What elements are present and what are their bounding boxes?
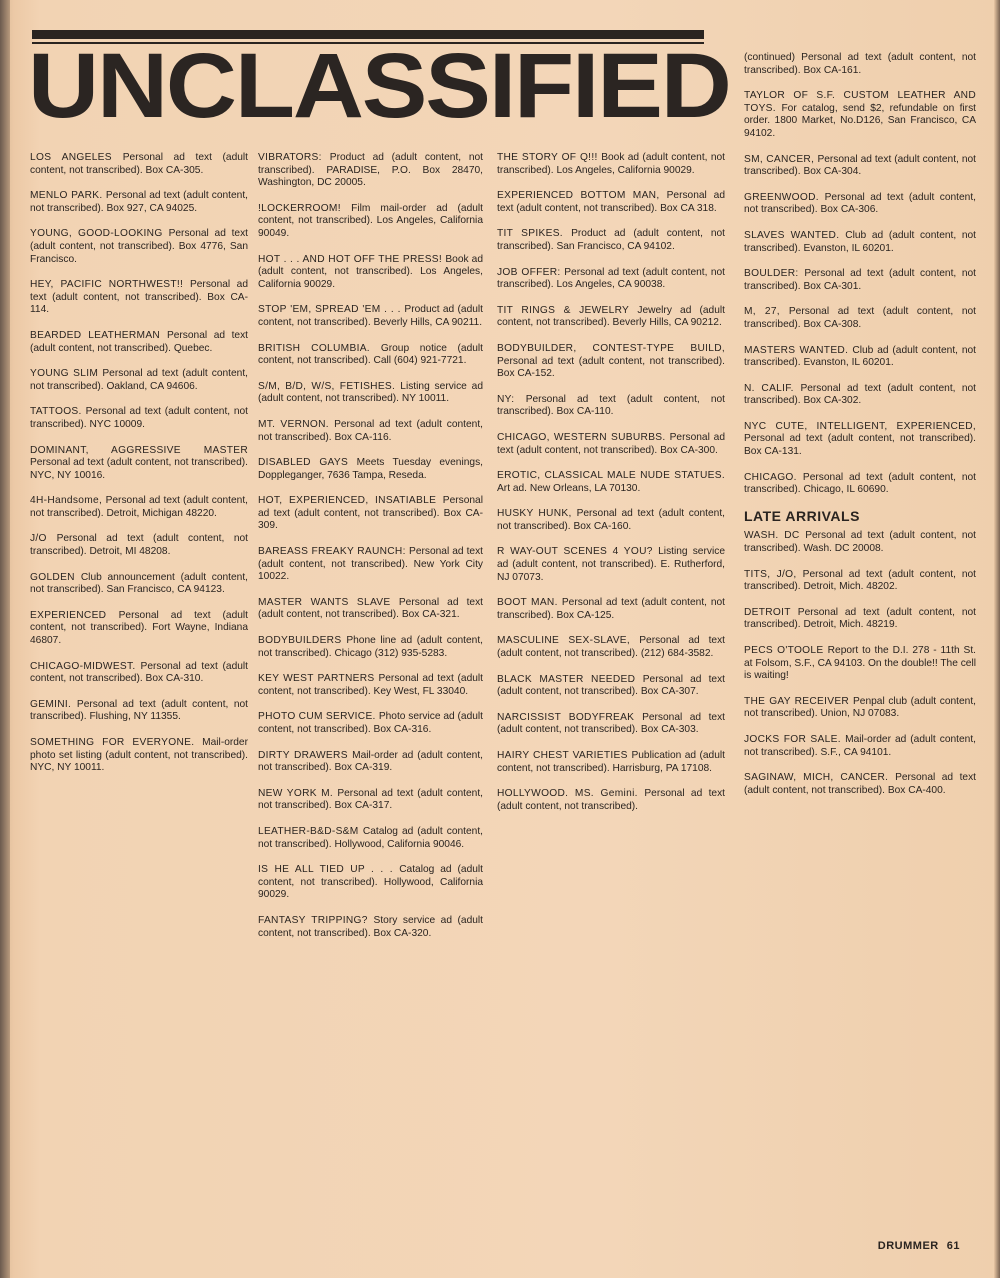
ad-lead: 4H-Handsome, [30, 495, 106, 506]
classified-ad: BLACK MASTER NEEDED Personal ad text (ad… [497, 674, 725, 699]
classified-ad: HEY, PACIFIC NORTHWEST!! Personal ad tex… [30, 279, 248, 317]
ad-lead: TIT SPIKES. [497, 228, 571, 239]
ad-lead: N. CALIF. [744, 383, 800, 394]
classified-ad: NYC CUTE, INTELLIGENT, EXPERIENCED, Pers… [744, 421, 976, 459]
classified-ad: CHICAGO. Personal ad text (adult content… [744, 472, 976, 497]
ad-lead: MASTER WANTS SLAVE [258, 597, 399, 608]
ad-lead: THE STORY OF Q!!! [497, 152, 601, 163]
ad-lead: BOOT MAN. [497, 597, 562, 608]
classified-ad: STOP 'EM, SPREAD 'EM . . . Product ad (a… [258, 304, 483, 329]
classified-ad: MASCULINE SEX-SLAVE, Personal ad text (a… [497, 635, 725, 660]
classified-ad: HUSKY HUNK, Personal ad text (adult cont… [497, 508, 725, 533]
ad-lead: EXPERIENCED BOTTOM MAN, [497, 190, 667, 201]
classified-ad: LEATHER-B&D-S&M Catalog ad (adult conten… [258, 826, 483, 851]
classified-ad: BAREASS FREAKY RAUNCH: Personal ad text … [258, 546, 483, 584]
ad-lead: GOLDEN [30, 572, 81, 583]
classified-ad: GEMINI. Personal ad text (adult content,… [30, 699, 248, 724]
ad-lead: MASTERS WANTED. [744, 345, 852, 356]
classified-ad: HOT, EXPERIENCED, INSATIABLE Personal ad… [258, 495, 483, 533]
classified-ad: PHOTO CUM SERVICE. Photo service ad (adu… [258, 711, 483, 736]
ad-lead: HOLLYWOOD. MS. Gemini. [497, 788, 644, 799]
classified-ad: SOMETHING FOR EVERYONE. Mail-order photo… [30, 737, 248, 775]
ad-lead: KEY WEST PARTNERS [258, 673, 378, 684]
publication-name: DRUMMER [878, 1240, 939, 1252]
ad-lead: MASCULINE SEX-SLAVE, [497, 635, 639, 646]
ad-lead: TITS, J/O, [744, 569, 803, 580]
ad-lead: !LOCKERROOM! [258, 203, 351, 214]
classified-ad: SM, CANCER, Personal ad text (adult cont… [744, 154, 976, 179]
classified-ad: MASTER WANTS SLAVE Personal ad text (adu… [258, 597, 483, 622]
page-masthead: UNCLASSIFIED [28, 40, 730, 132]
ad-lead: NARCISSIST BODYFREAK [497, 712, 642, 723]
classified-ad: TIT RINGS & JEWELRY Jewelry ad (adult co… [497, 305, 725, 330]
classified-ad: M, 27, Personal ad text (adult content, … [744, 306, 976, 331]
ad-lead: TIT RINGS & JEWELRY [497, 305, 637, 316]
classified-ad: JOB OFFER: Personal ad text (adult conte… [497, 267, 725, 292]
classified-ad: GREENWOOD. Personal ad text (adult conte… [744, 192, 976, 217]
column-1: LOS ANGELES Personal ad text (adult cont… [30, 152, 248, 788]
classified-ad: PECS O'TOOLE Report to the D.I. 278 - 11… [744, 645, 976, 683]
page-number: 61 [947, 1240, 960, 1252]
classified-ad: DETROIT Personal ad text (adult content,… [744, 607, 976, 632]
classified-ad: WASH. DC Personal ad text (adult content… [744, 530, 976, 555]
classified-ad: !LOCKERROOM! Film mail-order ad (adult c… [258, 203, 483, 241]
classified-ad: TIT SPIKES. Product ad (adult content, n… [497, 228, 725, 253]
ad-lead: DOMINANT, AGGRESSIVE MASTER [30, 445, 248, 456]
classified-ad: EROTIC, CLASSICAL MALE NUDE STATUES. Art… [497, 470, 725, 495]
ad-lead: YOUNG, GOOD-LOOKING [30, 228, 169, 239]
ad-lead: CHICAGO, WESTERN SUBURBS. [497, 432, 670, 443]
classified-ad: N. CALIF. Personal ad text (adult conten… [744, 383, 976, 408]
ad-lead: DISABLED GAYS [258, 457, 357, 468]
ad-lead: PECS O'TOOLE [744, 645, 828, 656]
ad-lead: BEARDED LEATHERMAN [30, 330, 167, 341]
ad-lead: IS HE ALL TIED UP . . . [258, 864, 399, 875]
classified-ad: DOMINANT, AGGRESSIVE MASTER Personal ad … [30, 445, 248, 483]
classified-ad: IS HE ALL TIED UP . . . Catalog ad (adul… [258, 864, 483, 902]
ad-lead: NEW YORK M. [258, 788, 337, 799]
ad-lead: TATTOOS. [30, 406, 86, 417]
ad-lead: LOS ANGELES [30, 152, 123, 163]
classified-ad: BOULDER: Personal ad text (adult content… [744, 268, 976, 293]
classified-ad: S/M, B/D, W/S, FETISHES. Listing service… [258, 381, 483, 406]
classified-ad: DISABLED GAYS Meets Tuesday evenings, Do… [258, 457, 483, 482]
ad-lead: FANTASY TRIPPING? [258, 915, 374, 926]
classified-ad: HOLLYWOOD. MS. Gemini. Personal ad text … [497, 788, 725, 813]
classified-ad: SLAVES WANTED. Club ad (adult content, n… [744, 230, 976, 255]
classified-ad: J/O Personal ad text (adult content, not… [30, 533, 248, 558]
ad-lead: SAGINAW, MICH, CANCER. [744, 772, 895, 783]
classified-ad: 4H-Handsome, Personal ad text (adult con… [30, 495, 248, 520]
ad-lead: HEY, PACIFIC NORTHWEST!! [30, 279, 190, 290]
classified-ad: EXPERIENCED Personal ad text (adult cont… [30, 610, 248, 648]
ad-lead: SLAVES WANTED. [744, 230, 845, 241]
ad-lead: BOULDER: [744, 268, 804, 279]
column-2: VIBRATORS: Product ad (adult content, no… [258, 152, 483, 953]
classified-ad: GOLDEN Club announcement (adult content,… [30, 572, 248, 597]
classified-ad: YOUNG SLIM Personal ad text (adult conte… [30, 368, 248, 393]
ad-lead: EXPERIENCED [30, 610, 119, 621]
page-edge-shadow [994, 0, 1000, 1278]
classified-ad: BEARDED LEATHERMAN Personal ad text (adu… [30, 330, 248, 355]
ad-lead: DIRTY DRAWERS [258, 750, 352, 761]
ad-lead: BODYBUILDERS [258, 635, 346, 646]
page-folio: DRUMMER61 [878, 1240, 960, 1252]
ad-body: Personal ad text (adult content, not tra… [744, 433, 976, 457]
classified-ad: HOT . . . AND HOT OFF THE PRESS! Book ad… [258, 254, 483, 292]
ad-lead: VIBRATORS: [258, 152, 330, 163]
classified-ad: BRITISH COLUMBIA. Group notice (adult co… [258, 343, 483, 368]
ad-lead: THE GAY RECEIVER [744, 696, 853, 707]
classified-ad: FANTASY TRIPPING? Story service ad (adul… [258, 915, 483, 940]
classified-ad: CHICAGO, WESTERN SUBURBS. Personal ad te… [497, 432, 725, 457]
classified-ad: JOCKS FOR SALE. Mail-order ad (adult con… [744, 734, 976, 759]
ad-lead: J/O [30, 533, 57, 544]
ad-lead: PHOTO CUM SERVICE. [258, 711, 379, 722]
classified-ad: TATTOOS. Personal ad text (adult content… [30, 406, 248, 431]
ad-body: Personal ad text (adult content, not tra… [497, 394, 725, 418]
ad-lead: JOB OFFER: [497, 267, 564, 278]
classified-ad: VIBRATORS: Product ad (adult content, no… [258, 152, 483, 190]
ad-lead: CHICAGO-MIDWEST. [30, 661, 141, 672]
ad-lead: HOT, EXPERIENCED, INSATIABLE [258, 495, 443, 506]
ad-body: Personal ad text (adult content, not tra… [30, 457, 248, 481]
ad-lead: CHICAGO. [744, 472, 803, 483]
ad-lead: HUSKY HUNK, [497, 508, 577, 519]
ad-lead: BLACK MASTER NEEDED [497, 674, 643, 685]
late-arrivals-heading: LATE ARRIVALS [744, 510, 976, 523]
ad-lead: LEATHER-B&D-S&M [258, 826, 363, 837]
column-4: (continued) Personal ad text (adult cont… [744, 52, 976, 810]
ad-lead: R WAY-OUT SCENES 4 YOU? [497, 546, 658, 557]
ad-lead: HAIRY CHEST VARIETIES [497, 750, 631, 761]
classified-ad: (continued) Personal ad text (adult cont… [744, 52, 976, 77]
ad-lead: BAREASS FREAKY RAUNCH: [258, 546, 409, 557]
ad-lead: JOCKS FOR SALE. [744, 734, 845, 745]
classified-ad: KEY WEST PARTNERS Personal ad text (adul… [258, 673, 483, 698]
column-3: THE STORY OF Q!!! Book ad (adult content… [497, 152, 725, 826]
classified-ad: MT. VERNON. Personal ad text (adult cont… [258, 419, 483, 444]
ad-lead: MT. VERNON. [258, 419, 334, 430]
ad-lead: HOT . . . AND HOT OFF THE PRESS! [258, 254, 445, 265]
ad-lead: GEMINI. [30, 699, 77, 710]
ad-body: Personal ad text (adult content, not tra… [497, 356, 725, 380]
classified-ad: BODYBUILDERS Phone line ad (adult conten… [258, 635, 483, 660]
classified-ad: YOUNG, GOOD-LOOKING Personal ad text (ad… [30, 228, 248, 266]
classified-ad: BODYBUILDER, CONTEST-TYPE BUILD, Persona… [497, 343, 725, 381]
classified-ad: HAIRY CHEST VARIETIES Publication ad (ad… [497, 750, 725, 775]
classified-ad: LOS ANGELES Personal ad text (adult cont… [30, 152, 248, 177]
classified-ad: THE GAY RECEIVER Penpal club (adult cont… [744, 696, 976, 721]
classified-ad: NEW YORK M. Personal ad text (adult cont… [258, 788, 483, 813]
classified-ad: EXPERIENCED BOTTOM MAN, Personal ad text… [497, 190, 725, 215]
ad-body: Art ad. New Orleans, LA 70130. [497, 483, 640, 494]
ad-lead: BRITISH COLUMBIA. [258, 343, 381, 354]
ad-lead: DETROIT [744, 607, 798, 618]
classified-ad: NARCISSIST BODYFREAK Personal ad text (a… [497, 712, 725, 737]
classified-ad: BOOT MAN. Personal ad text (adult conten… [497, 597, 725, 622]
ad-lead: BODYBUILDER, CONTEST-TYPE BUILD, [497, 343, 725, 354]
classified-ad: TITS, J/O, Personal ad text (adult conte… [744, 569, 976, 594]
classified-ad: MASTERS WANTED. Club ad (adult content, … [744, 345, 976, 370]
ad-lead: SOMETHING FOR EVERYONE. [30, 737, 202, 748]
classified-ad: DIRTY DRAWERS Mail-order ad (adult conte… [258, 750, 483, 775]
classified-ad: MENLO PARK. Personal ad text (adult cont… [30, 190, 248, 215]
ad-lead: M, 27, [744, 306, 789, 317]
classified-ad: NY: Personal ad text (adult content, not… [497, 394, 725, 419]
page-gutter-shadow [0, 0, 10, 1278]
ad-lead: MENLO PARK. [30, 190, 106, 201]
ad-lead: NY: [497, 394, 526, 405]
classified-ad: R WAY-OUT SCENES 4 YOU? Listing service … [497, 546, 725, 584]
ad-lead: EROTIC, CLASSICAL MALE NUDE STATUES. [497, 470, 725, 481]
ad-lead: NYC CUTE, INTELLIGENT, EXPERIENCED, [744, 421, 976, 432]
ad-lead: GREENWOOD. [744, 192, 825, 203]
ad-lead: YOUNG SLIM [30, 368, 102, 379]
ad-lead: S/M, B/D, W/S, FETISHES. [258, 381, 400, 392]
classified-ad: CHICAGO-MIDWEST. Personal ad text (adult… [30, 661, 248, 686]
ad-lead: WASH. DC [744, 530, 805, 541]
ad-body: (continued) Personal ad text (adult cont… [744, 52, 976, 76]
ad-lead: SM, CANCER, [744, 154, 817, 165]
classified-ad: SAGINAW, MICH, CANCER. Personal ad text … [744, 772, 976, 797]
classified-ad: TAYLOR OF S.F. CUSTOM LEATHER AND TOYS. … [744, 90, 976, 140]
ad-lead: STOP 'EM, SPREAD 'EM . . . [258, 304, 404, 315]
classified-ad: THE STORY OF Q!!! Book ad (adult content… [497, 152, 725, 177]
ad-body: Personal ad text (adult content, not tra… [30, 533, 248, 557]
